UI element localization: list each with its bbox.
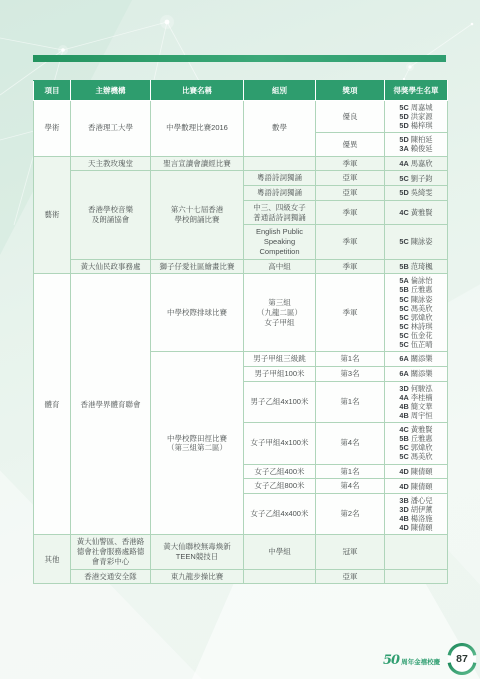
cell-org: 香港學界體育聯會 — [71, 274, 151, 535]
awards-table-container: 項目主辦機構比賽名稱組別獎項得獎學生名單學術香港理工大學中學數理比賽2016數學… — [33, 80, 447, 584]
cell-group: 女子乙組800米 — [244, 479, 316, 494]
page-number-badge: 87 — [446, 643, 478, 675]
cell-org: 黃大仙民政事務處 — [71, 259, 151, 274]
cell-award: 第2名 — [316, 494, 385, 535]
cell-group: 粵語詩詞獨誦 — [244, 186, 316, 201]
cell-students: 5D陳柏延3A賴俊延 — [385, 133, 448, 156]
cell-comp: 東九龍步操比賽 — [151, 569, 244, 584]
cell-award: 季軍 — [316, 156, 385, 171]
table-row: 香港交通安全隊東九龍步操比賽亞軍 — [34, 569, 448, 584]
anniversary-logo-number: 50 — [383, 653, 399, 668]
cell-group: 中學組 — [244, 535, 316, 569]
cell-group: 高中組 — [244, 259, 316, 274]
cell-award: 季軍 — [316, 225, 385, 259]
cell-award: 亞軍 — [316, 186, 385, 201]
cell-students: 4A馬嘉欣 — [385, 156, 448, 171]
cell-group: 粵語詩詞獨誦 — [244, 171, 316, 186]
cell-org: 天主教玫瑰堂 — [71, 156, 151, 171]
anniversary-logo: 50周年金禧校慶 — [383, 651, 440, 669]
cell-award: 季軍 — [316, 259, 385, 274]
cell-group — [244, 156, 316, 171]
cell-group: 男子乙組4x100米 — [244, 381, 316, 422]
table-row: 香港學校音樂及朗誦協會第六十七屆香港學校朗誦比賽粵語詩詞獨誦亞軍5C劉子鈞 — [34, 171, 448, 186]
cell-group: 第三組（九龍二區）女子甲組 — [244, 274, 316, 352]
cell-comp: 聖言宣讀會讀經比賽 — [151, 156, 244, 171]
table-row: 學術香港理工大學中學數理比賽2016數學優良5C周嘉城5D洪家源5D楊梓琪 — [34, 101, 448, 133]
cell-group: 女子乙組400米 — [244, 464, 316, 479]
cell-comp: 獅子仔愛社區繪畫比賽 — [151, 259, 244, 274]
cell-item: 藝術 — [34, 156, 71, 274]
cell-item: 體育 — [34, 274, 71, 535]
cell-group: 女子乙組4x400米 — [244, 494, 316, 535]
cell-award: 季軍 — [316, 200, 385, 225]
cell-students: 6A關添樂 — [385, 366, 448, 381]
cell-org: 香港理工大學 — [71, 101, 151, 157]
column-header-4: 獎項 — [316, 81, 385, 101]
table-row: 黃大仙民政事務處獅子仔愛社區繪畫比賽高中組季軍5B范琦楓 — [34, 259, 448, 274]
cell-students — [385, 569, 448, 584]
cell-comp: 中學校際田徑比賽（第三組第二區） — [151, 352, 244, 535]
column-header-3: 組別 — [244, 81, 316, 101]
cell-group: English PublicSpeakingCompetition — [244, 225, 316, 259]
cell-award: 第4名 — [316, 479, 385, 494]
cell-students: 4D陳倩頤 — [385, 479, 448, 494]
cell-group: 男子甲組三級跳 — [244, 352, 316, 367]
column-header-2: 比賽名稱 — [151, 81, 244, 101]
cell-students: 4D陳倩頤 — [385, 464, 448, 479]
cell-comp: 黃大仙聯校無毒煥新TEEN競技日 — [151, 535, 244, 569]
cell-award: 第1名 — [316, 352, 385, 367]
cell-org: 香港交通安全隊 — [71, 569, 151, 584]
table-row: 其他黃大仙警區、香港路德會社會服務處路德會青彩中心黃大仙聯校無毒煥新TEEN競技… — [34, 535, 448, 569]
cell-group: 男子甲組100米 — [244, 366, 316, 381]
cell-award: 優異 — [316, 133, 385, 156]
cell-students: 3D何駿泓4A李桂楠4B簡文華4B周宇恒 — [385, 381, 448, 422]
cell-award: 第3名 — [316, 366, 385, 381]
cell-award: 第1名 — [316, 464, 385, 479]
cell-students: 5D吳綺雯 — [385, 186, 448, 201]
anniversary-logo-text: 周年金禧校慶 — [401, 659, 440, 666]
cell-award: 亞軍 — [316, 171, 385, 186]
cell-award: 亞軍 — [316, 569, 385, 584]
cell-org: 黃大仙警區、香港路德會社會服務處路德會青彩中心 — [71, 535, 151, 569]
cell-comp: 中學數理比賽2016 — [151, 101, 244, 157]
cell-students — [385, 535, 448, 569]
cell-group: 數學 — [244, 101, 316, 157]
cell-item: 學術 — [34, 101, 71, 157]
column-header-5: 得獎學生名單 — [385, 81, 448, 101]
cell-comp: 第六十七屆香港學校朗誦比賽 — [151, 171, 244, 259]
cell-award: 季軍 — [316, 274, 385, 352]
cell-group: 中三、四級女子普通話詩詞獨誦 — [244, 200, 316, 225]
cell-students: 5A倫詠怡5B丘雅惠5C陳詠姿5C馮美欣5C郭煒欣5C林詩琪5C伍金花5C伍芷晴 — [385, 274, 448, 352]
cell-group — [244, 569, 316, 584]
table-row: 藝術天主教玫瑰堂聖言宣讀會讀經比賽季軍4A馬嘉欣 — [34, 156, 448, 171]
cell-item: 其他 — [34, 535, 71, 584]
cell-award: 冠軍 — [316, 535, 385, 569]
cell-students: 6A關添樂 — [385, 352, 448, 367]
cell-award: 第1名 — [316, 381, 385, 422]
cell-org: 香港學校音樂及朗誦協會 — [71, 171, 151, 259]
page-footer: 50周年金禧校慶 87 — [0, 640, 480, 679]
cell-students: 3B潘心兒3D胡伊薰4B楊洛施4D陳倩頤 — [385, 494, 448, 535]
cell-students: 4C黃雅賢5B丘雅惠5C郭煒欣5C馮美欣 — [385, 423, 448, 464]
table-row: 體育香港學界體育聯會中學校際排球比賽第三組（九龍二區）女子甲組季軍5A倫詠怡5B… — [34, 274, 448, 352]
column-header-1: 主辦機構 — [71, 81, 151, 101]
cell-group: 女子甲組4x100米 — [244, 423, 316, 464]
cell-students: 5C陳詠姿 — [385, 225, 448, 259]
page-number: 87 — [446, 643, 478, 675]
cell-students: 5C劉子鈞 — [385, 171, 448, 186]
awards-table: 項目主辦機構比賽名稱組別獎項得獎學生名單學術香港理工大學中學數理比賽2016數學… — [33, 80, 448, 584]
cell-award: 優良 — [316, 101, 385, 133]
cell-students: 4C黃雅賢 — [385, 200, 448, 225]
cell-students: 5B范琦楓 — [385, 259, 448, 274]
accent-bar — [33, 55, 446, 62]
cell-award: 第4名 — [316, 423, 385, 464]
cell-students: 5C周嘉城5D洪家源5D楊梓琪 — [385, 101, 448, 133]
cell-comp: 中學校際排球比賽 — [151, 274, 244, 352]
column-header-0: 項目 — [34, 81, 71, 101]
